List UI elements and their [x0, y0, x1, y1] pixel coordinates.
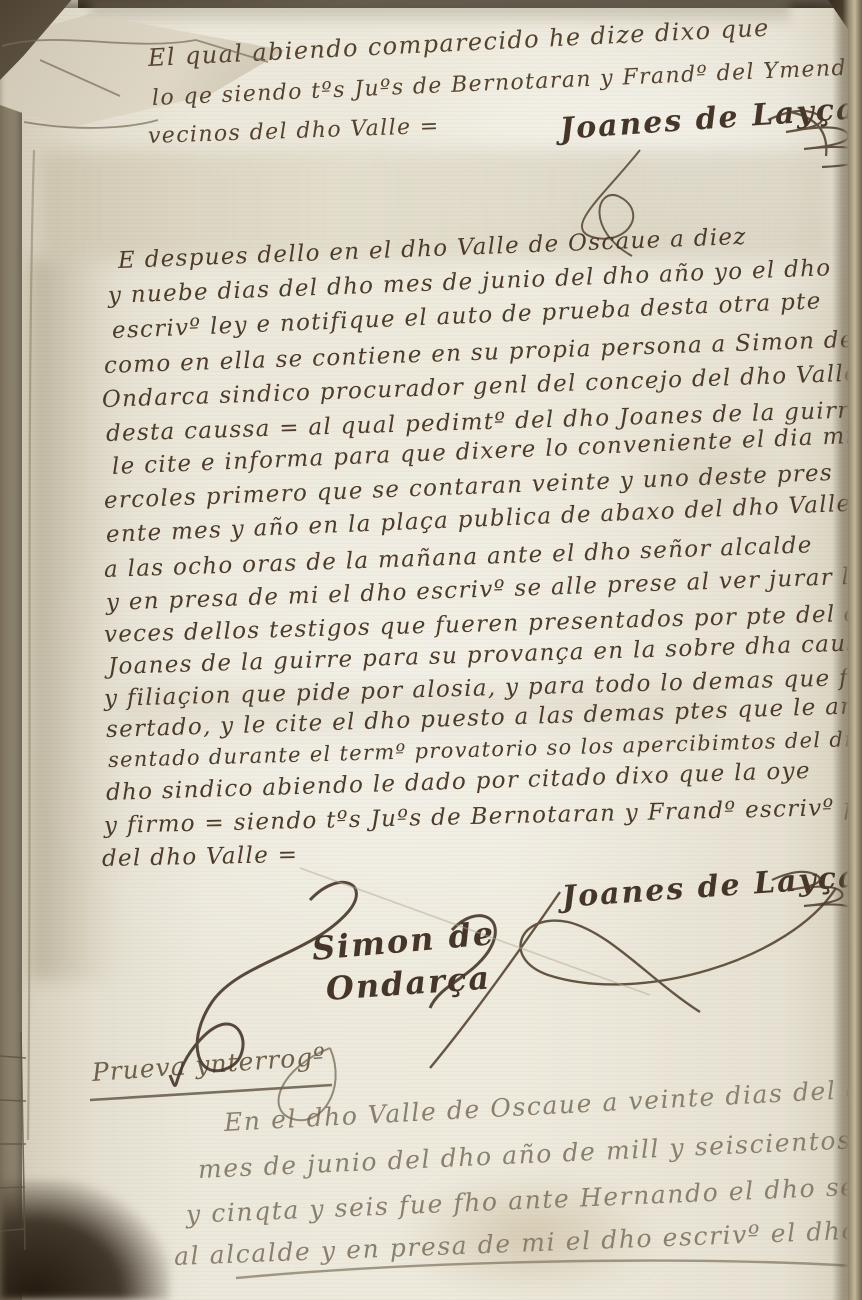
manuscript-scan: El qual abiendo comparecido he dize dixo…	[0, 0, 862, 1300]
book-gutter-edge	[832, 0, 862, 1300]
manuscript-page	[22, 8, 848, 1300]
